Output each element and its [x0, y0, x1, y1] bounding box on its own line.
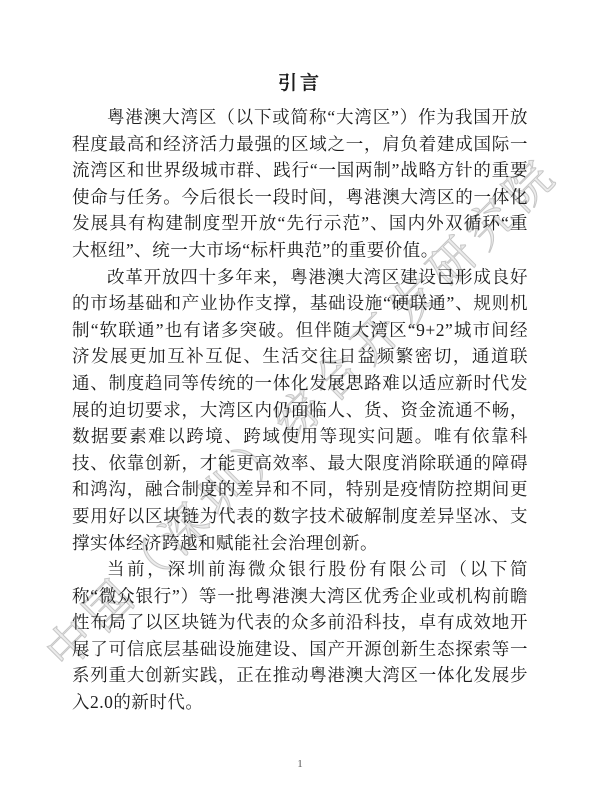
- paragraph-3: 当前，深圳前海微众银行股份有限公司（以下简称“微众银行”）等一批粤港澳大湾区优秀…: [72, 556, 528, 716]
- body-text: 粤港澳大湾区（以下或简称“大湾区”）作为我国开放程度最高和经济活力最强的区域之一…: [72, 104, 528, 716]
- page-title: 引言: [0, 68, 600, 95]
- page-number: 1: [0, 758, 600, 770]
- paragraph-2: 改革开放四十多年来，粤港澳大湾区建设已形成良好的市场基础和产业协作支撑，基础设施…: [72, 264, 528, 557]
- paragraph-1: 粤港澳大湾区（以下或简称“大湾区”）作为我国开放程度最高和经济活力最强的区域之一…: [72, 104, 528, 264]
- document-page: 中国（深圳）综合开发研究院 引言 粤港澳大湾区（以下或简称“大湾区”）作为我国开…: [0, 0, 600, 788]
